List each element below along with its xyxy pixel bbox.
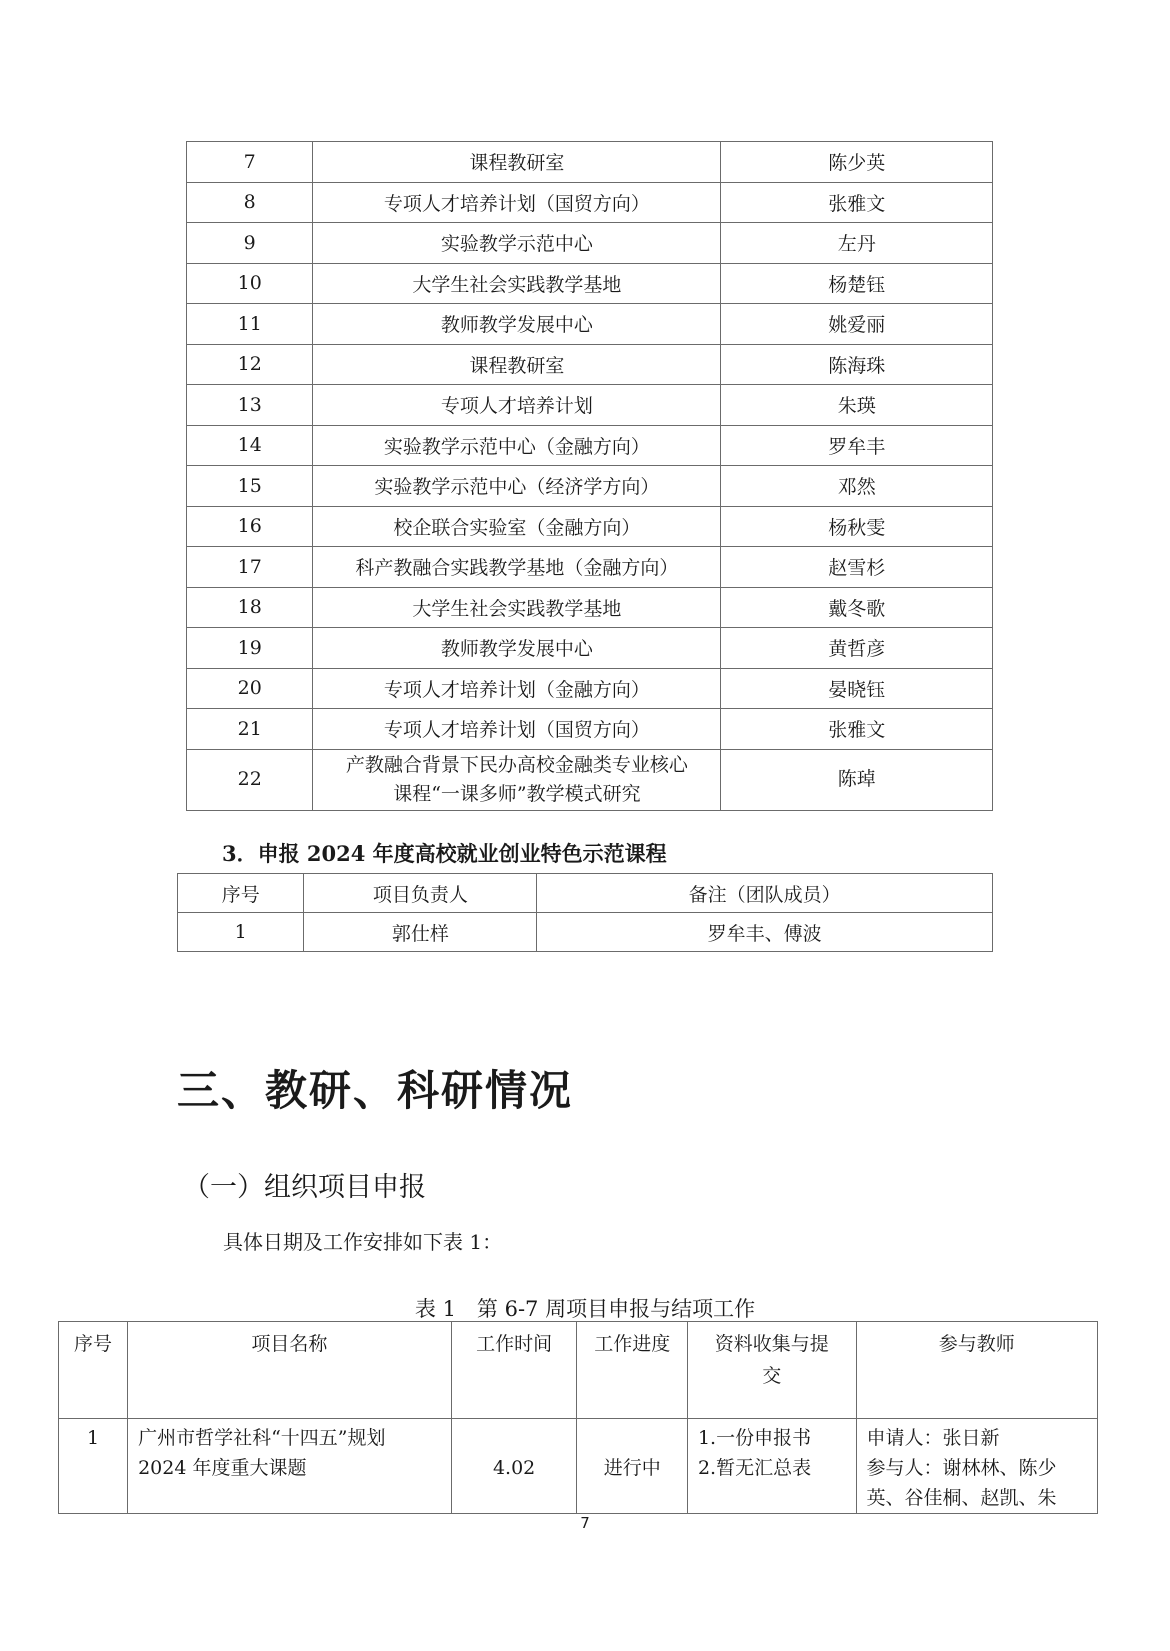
column-header: 参与教师 [856, 1322, 1098, 1419]
table-row: 9实验教学示范中心左丹 [187, 223, 993, 264]
row-number: 18 [187, 587, 313, 628]
table-caption: 表 1 第 6-7 周项目申报与结项工作 [0, 1293, 1170, 1323]
project-name: 专项人才培养计划（国贸方向） [313, 182, 721, 223]
table-row: 7课程教研室陈少英 [187, 142, 993, 183]
leader-name: 黄哲彦 [721, 628, 993, 669]
table-row: 14实验教学示范中心（金融方向）罗牟丰 [187, 425, 993, 466]
teachers-line: 英、谷佳桐、赵凯、朱 [867, 1483, 1098, 1513]
section-heading-employment-course: 3．申报 2024 年度高校就业创业特色示范课程 [222, 838, 667, 868]
column-header: 序号 [59, 1322, 128, 1419]
employment-course-table: 序号 项目负责人 备注（团队成员） 1 郭仕样 罗牟丰、傅波 [177, 873, 993, 952]
row-number: 20 [187, 668, 313, 709]
leader-name: 罗牟丰 [721, 425, 993, 466]
table-row: 1 郭仕样 罗牟丰、傅波 [178, 913, 993, 952]
column-header: 工作进度 [577, 1322, 687, 1419]
row-number: 1 [59, 1419, 128, 1514]
project-name: 大学生社会实践教学基地 [313, 587, 721, 628]
project-name: 专项人才培养计划（金融方向） [313, 668, 721, 709]
header-line: 资料收集与提 [688, 1328, 856, 1360]
project-name-line: 产教融合背景下民办高校金融类专业核心 [313, 751, 720, 780]
leader-name: 陈海珠 [721, 344, 993, 385]
table-row: 13专项人才培养计划朱瑛 [187, 385, 993, 426]
materials-line: 2.暂无汇总表 [698, 1453, 856, 1483]
leader-name: 晏晓钰 [721, 668, 993, 709]
table-row: 20专项人才培养计划（金融方向）晏晓钰 [187, 668, 993, 709]
leader-name: 左丹 [721, 223, 993, 264]
leader-name: 张雅文 [721, 709, 993, 750]
leader-name: 邓然 [721, 466, 993, 507]
team-members: 罗牟丰、傅波 [537, 913, 993, 952]
project-name: 课程教研室 [313, 344, 721, 385]
row-number: 15 [187, 466, 313, 507]
subsection-title: （一）组织项目申报 [183, 1165, 426, 1204]
row-number: 9 [187, 223, 313, 264]
table-row: 12课程教研室陈海珠 [187, 344, 993, 385]
project-name: 大学生社会实践教学基地 [313, 263, 721, 304]
materials: 1.一份申报书 2.暂无汇总表 [687, 1419, 856, 1514]
table-row: 19教师教学发展中心黄哲彦 [187, 628, 993, 669]
project-name: 科产教融合实践教学基地（金融方向） [313, 547, 721, 588]
project-name-line: 2024 年度重大课题 [138, 1453, 451, 1483]
row-number: 17 [187, 547, 313, 588]
project-name: 产教融合背景下民办高校金融类专业核心 课程“一课多师”教学模式研究 [313, 749, 721, 810]
project-name: 教师教学发展中心 [313, 628, 721, 669]
leader-name: 戴冬歌 [721, 587, 993, 628]
header-line: 交 [688, 1360, 856, 1392]
row-number: 14 [187, 425, 313, 466]
row-number: 1 [178, 913, 304, 952]
leader-name: 杨秋雯 [721, 506, 993, 547]
table-header-row: 序号 项目名称 工作时间 工作进度 资料收集与提 交 参与教师 [59, 1322, 1098, 1419]
project-name: 教师教学发展中心 [313, 304, 721, 345]
column-header: 项目名称 [128, 1322, 452, 1419]
project-name: 专项人才培养计划（国贸方向） [313, 709, 721, 750]
project-name-line: 课程“一课多师”教学模式研究 [313, 780, 720, 809]
project-name: 实验教学示范中心（经济学方向） [313, 466, 721, 507]
leader-name: 姚爱丽 [721, 304, 993, 345]
row-number: 12 [187, 344, 313, 385]
column-header: 序号 [178, 874, 304, 913]
project-leader-table-continued: 7课程教研室陈少英 8专项人才培养计划（国贸方向）张雅文 9实验教学示范中心左丹… [186, 141, 993, 811]
page-number: 7 [0, 1514, 1170, 1532]
project-application-table: 序号 项目名称 工作时间 工作进度 资料收集与提 交 参与教师 1 广州市哲学社… [58, 1321, 1098, 1514]
row-number: 8 [187, 182, 313, 223]
leader-name: 张雅文 [721, 182, 993, 223]
column-header: 资料收集与提 交 [687, 1322, 856, 1419]
project-name: 实验教学示范中心 [313, 223, 721, 264]
leader-name: 陈少英 [721, 142, 993, 183]
document-page: 7课程教研室陈少英 8专项人才培养计划（国贸方向）张雅文 9实验教学示范中心左丹… [0, 0, 1170, 1651]
project-name: 专项人才培养计划 [313, 385, 721, 426]
leader-name: 杨楚钰 [721, 263, 993, 304]
intro-paragraph: 具体日期及工作安排如下表 1： [223, 1226, 502, 1255]
participating-teachers: 申请人：张日新 参与人：谢林林、陈少 英、谷佳桐、赵凯、朱 [856, 1419, 1098, 1514]
table-row: 21专项人才培养计划（国贸方向）张雅文 [187, 709, 993, 750]
chapter-title: 三、教研、科研情况 [177, 1058, 573, 1118]
row-number: 10 [187, 263, 313, 304]
table-row: 22 产教融合背景下民办高校金融类专业核心 课程“一课多师”教学模式研究 陈琸 [187, 749, 993, 810]
work-time: 4.02 [451, 1419, 577, 1514]
project-name: 实验教学示范中心（金融方向） [313, 425, 721, 466]
row-number: 21 [187, 709, 313, 750]
work-progress: 进行中 [577, 1419, 687, 1514]
project-name: 广州市哲学社科“十四五”规划 2024 年度重大课题 [128, 1419, 452, 1514]
table-row: 16校企联合实验室（金融方向）杨秋雯 [187, 506, 993, 547]
row-number: 13 [187, 385, 313, 426]
column-header: 项目负责人 [304, 874, 537, 913]
column-header: 工作时间 [451, 1322, 577, 1419]
leader-name: 郭仕样 [304, 913, 537, 952]
table-row: 15实验教学示范中心（经济学方向）邓然 [187, 466, 993, 507]
row-number: 22 [187, 749, 313, 810]
project-name: 课程教研室 [313, 142, 721, 183]
project-name-line: 广州市哲学社科“十四五”规划 [138, 1423, 451, 1453]
table-row: 17科产教融合实践教学基地（金融方向）赵雪杉 [187, 547, 993, 588]
table-header-row: 序号 项目负责人 备注（团队成员） [178, 874, 993, 913]
column-header: 备注（团队成员） [537, 874, 993, 913]
materials-line: 1.一份申报书 [698, 1423, 856, 1453]
table-row: 8专项人才培养计划（国贸方向）张雅文 [187, 182, 993, 223]
row-number: 16 [187, 506, 313, 547]
teachers-line: 参与人：谢林林、陈少 [867, 1453, 1098, 1483]
row-number: 7 [187, 142, 313, 183]
leader-name: 朱瑛 [721, 385, 993, 426]
project-name: 校企联合实验室（金融方向） [313, 506, 721, 547]
table-row: 11教师教学发展中心姚爱丽 [187, 304, 993, 345]
leader-name: 陈琸 [721, 749, 993, 810]
table-row: 1 广州市哲学社科“十四五”规划 2024 年度重大课题 4.02 进行中 1.… [59, 1419, 1098, 1514]
leader-name: 赵雪杉 [721, 547, 993, 588]
row-number: 11 [187, 304, 313, 345]
teachers-line: 申请人：张日新 [867, 1423, 1098, 1453]
row-number: 19 [187, 628, 313, 669]
table-row: 10大学生社会实践教学基地杨楚钰 [187, 263, 993, 304]
table-row: 18大学生社会实践教学基地戴冬歌 [187, 587, 993, 628]
